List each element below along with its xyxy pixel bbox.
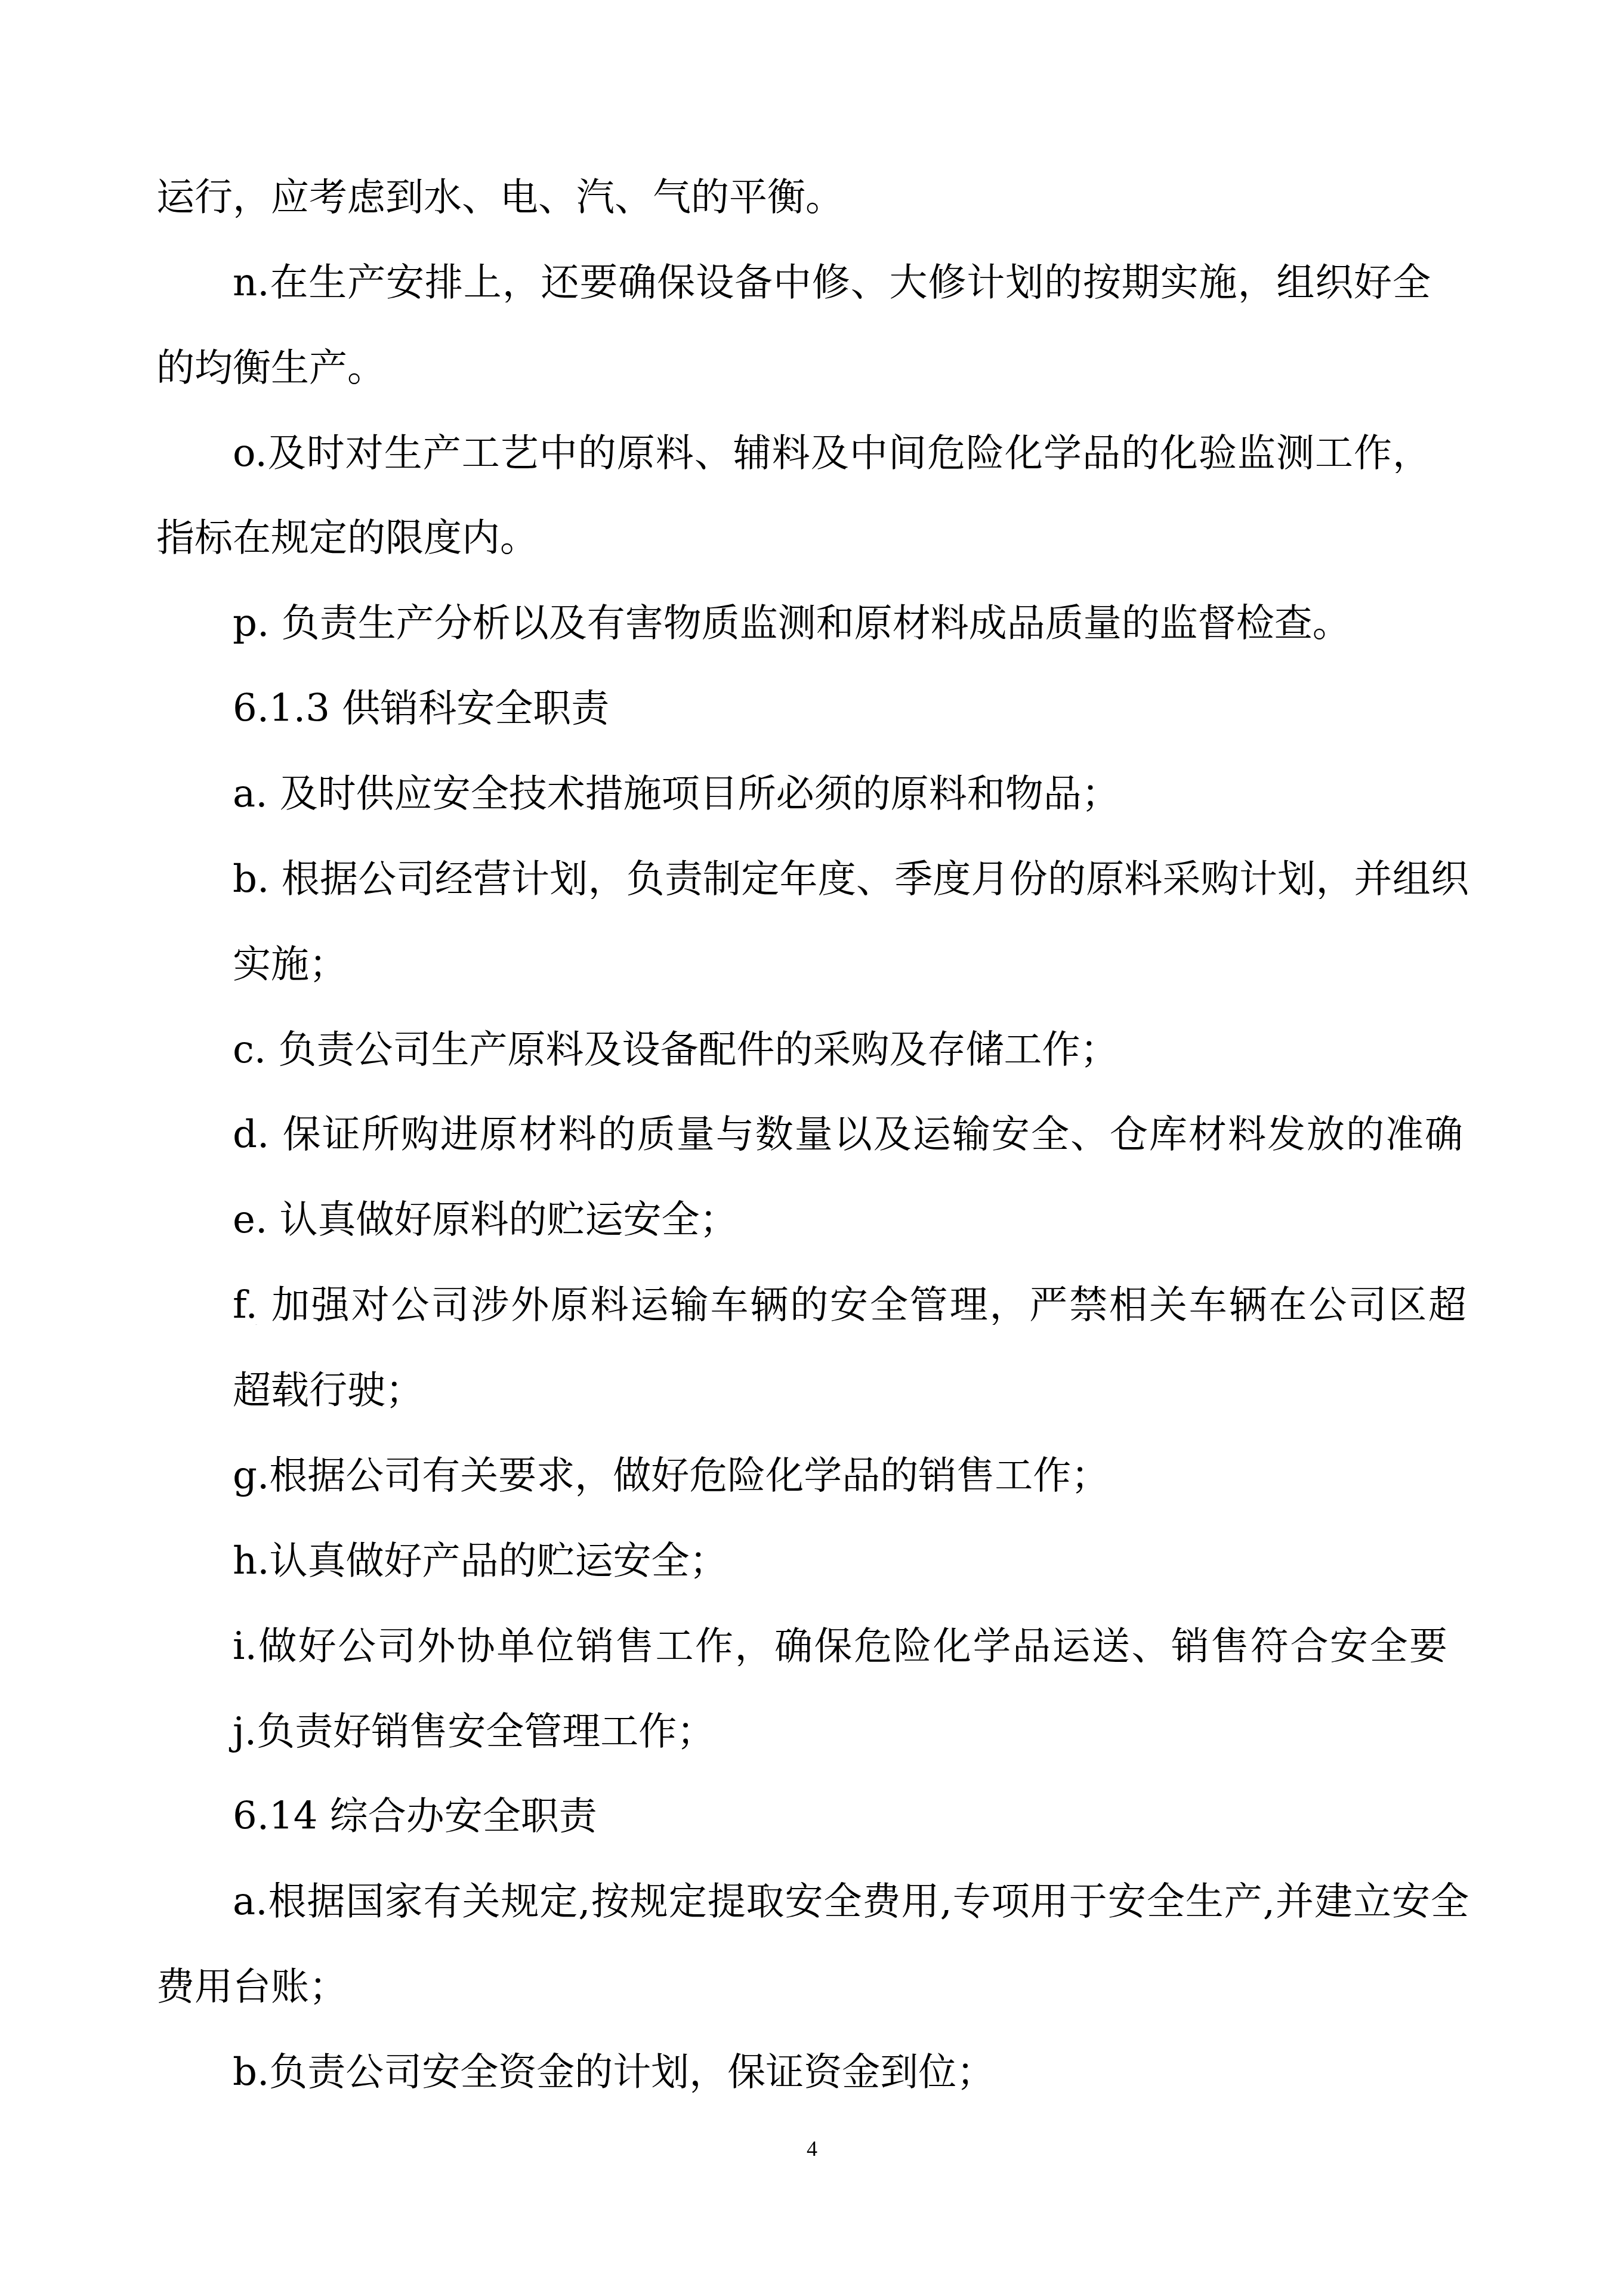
- item-b-supply: b. 根据公司经营计划，负责制定年度、季度月份的原料采购计划，并组织: [233, 860, 1469, 899]
- section-heading-6-1-3: 6.1.3 供销科安全职责: [233, 689, 609, 728]
- item-j-supply: j.负责好销售安全管理工作；: [233, 1712, 715, 1751]
- item-a-office-continuation: 费用台账；: [156, 1967, 347, 2007]
- section-heading-6-14: 6.14 综合办安全职责: [233, 1797, 597, 1836]
- item-o: o.及时对生产工艺中的原料、辅料及中间危险化学品的化验监测工作，保证: [233, 434, 1431, 473]
- item-b-office: b.负责公司安全资金的计划，保证资金到位；: [233, 2053, 995, 2092]
- item-f-supply: f. 加强对公司涉外原料运输车辆的安全管理，严禁相关车辆在公司区超速、: [233, 1285, 1466, 1325]
- item-n-continuation: 的均衡生产。: [156, 348, 385, 388]
- item-a-office: a.根据国家有关规定,按规定提取安全费用,专项用于安全生产,并建立安全: [233, 1882, 1469, 1921]
- item-h-supply: h.认真做好产品的贮运安全；: [233, 1541, 728, 1581]
- item-i-supply: i.做好公司外协单位销售工作，确保危险化学品运送、销售符合安全要求；: [233, 1627, 1447, 1666]
- item-b-supply-continuation: 实施；: [233, 945, 347, 984]
- item-p: p. 负责生产分析以及有害物质监测和原材料成品质量的监督检查。: [233, 604, 1351, 643]
- item-f-supply-continuation: 超载行驶；: [233, 1371, 424, 1410]
- item-n: n.在生产安排上，还要确保设备中修、大修计划的按期实施，组织好全公司: [233, 263, 1431, 302]
- item-g-supply: g.根据公司有关要求，做好危险化学品的销售工作；: [233, 1456, 1109, 1495]
- item-e-supply: e. 认真做好原料的贮运安全；: [233, 1200, 738, 1240]
- item-o-continuation: 指标在规定的限度内。: [156, 518, 538, 558]
- page-number: 4: [782, 2137, 842, 2161]
- item-d-supply: d. 保证所购进原材料的质量与数量以及运输安全、仓库材料发放的准确性；: [233, 1115, 1463, 1154]
- item-a-supply: a. 及时供应安全技术措施项目所必须的原料和物品；: [233, 774, 1120, 814]
- item-c-supply: c. 负责公司生产原料及设备配件的采购及存储工作；: [233, 1030, 1119, 1070]
- paragraph-continuation: 运行，应考虑到水、电、汽、气的平衡。: [156, 178, 844, 217]
- document-page: 运行，应考虑到水、电、汽、气的平衡。 n.在生产安排上，还要确保设备中修、大修计…: [0, 0, 1624, 2296]
